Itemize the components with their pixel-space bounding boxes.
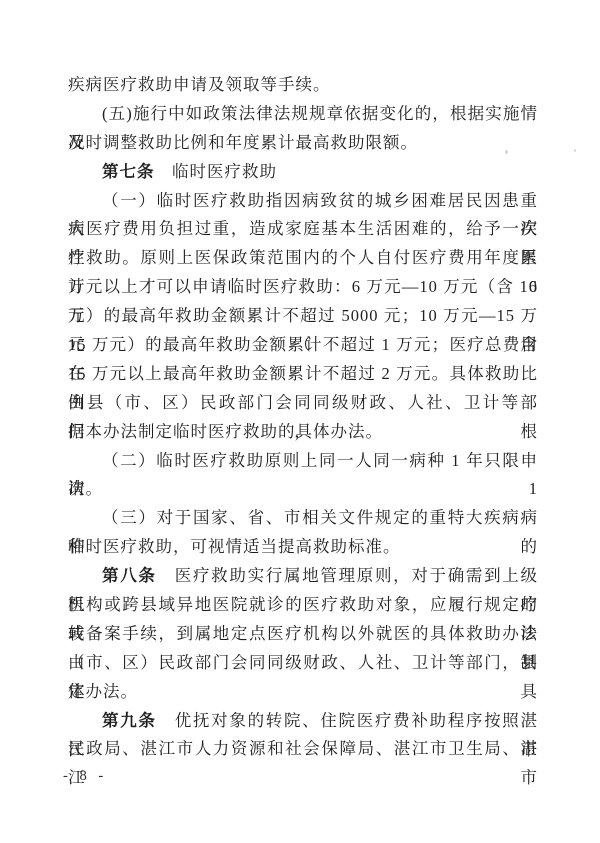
text-line: （三）对于国家、省、市相关文件规定的重特大疾病病种的 (68, 504, 538, 533)
line-text: 体办法。 (68, 682, 138, 701)
text-line: （市、区）民政部门会同同级财政、人社、卫计等部门，制定具 (68, 649, 538, 678)
line-text: 临时医疗救助，可视情适当提高救助标准。 (68, 537, 401, 556)
line-text: 据本办法制定临时医疗救助的具体办法。 (68, 422, 383, 441)
text-line: （一）临时医疗救助指因病致贫的城乡困难居民因患重大疾 (68, 187, 538, 216)
text-line: 15 万元以上最高年救助金额累计不超过 2 万元。具体救助比例 (68, 360, 538, 389)
text-line: 疾病医疗救助申请及领取等手续。 (68, 71, 538, 100)
text-line: （二）临时医疗救助原则上同一人同一病种 1 年只限申请 1 (68, 447, 538, 476)
line-text: 民政局、湛江市人力资源和社会保障局、湛江市卫生局、湛江市 (68, 739, 538, 787)
article-number: 第九条 (102, 711, 157, 730)
text-line: 万元以上才可以申请临时医疗救助：6 万元—10 万元（含 10 万 (68, 273, 538, 302)
line-text: （二）临时医疗救助原则上同一人同一病种 1 年只限申请 1 (68, 451, 538, 499)
page-number: - 8 - (63, 766, 107, 786)
document-body: 疾病医疗救助申请及领取等手续。 (五)施行中如政策法律法规规章依据变化的，根据实… (68, 71, 538, 764)
text-line-article-9: 第九条 优抚对象的转院、住院医疗费补助程序按照湛江市 (68, 707, 538, 736)
text-line: 民政局、湛江市人力资源和社会保障局、湛江市卫生局、湛江市 (68, 735, 538, 764)
article-number: 第七条 (102, 162, 155, 181)
line-text: 次。 (68, 479, 103, 498)
line-text: （市、区）民政部门会同同级财政、人社、卫计等部门，制定具 (68, 653, 538, 701)
text-line-article-8: 第八条 医疗救助实行属地管理原则，对于确需到上级医疗 (68, 562, 538, 591)
article-number: 第八条 (102, 566, 157, 585)
line-text: 疾病医疗救助申请及领取等手续。 (68, 75, 331, 94)
text-line: 由县（市、区）民政部门会同同级财政、人社、卫计等部门，根 (68, 389, 538, 418)
document-page: 疾病医疗救助申请及领取等手续。 (五)施行中如政策法律法规规章依据变化的，根据实… (0, 0, 600, 843)
text-line: 机构或跨县域异地医院就诊的医疗救助对象，应履行规定的转诊 (68, 591, 538, 620)
text-line-article-7: 第七条 临时医疗救助 (68, 158, 538, 187)
text-line: 疗救助。原则上医保政策范围内的个人自付医疗费用年度累计 6 (68, 244, 538, 273)
text-line: 元）的最高年救助金额累计不超过 5000 元；10 万元—15 万元（含 (68, 302, 538, 331)
text-line: 15 万元）的最高年救助金额累计不超过 1 万元；医疗总费用在 (68, 331, 538, 360)
text-line: (五)施行中如政策法律法规规章依据变化的，根据实施情况 (68, 100, 538, 129)
text-line: 或备案手续，到属地定点医疗机构以外就医的具体救助办法由县 (68, 620, 538, 649)
line-text: 及时调整救助比例和年度累计最高救助限额。 (68, 133, 418, 152)
scan-artifact (505, 150, 508, 154)
text-line: 病医疗费用负担过重，造成家庭基本生活困难的，给予一次性医 (68, 215, 538, 244)
scan-artifact (574, 149, 576, 152)
line-text: 临时医疗救助 (155, 162, 278, 181)
text-line: 及时调整救助比例和年度累计最高救助限额。 (68, 129, 538, 158)
